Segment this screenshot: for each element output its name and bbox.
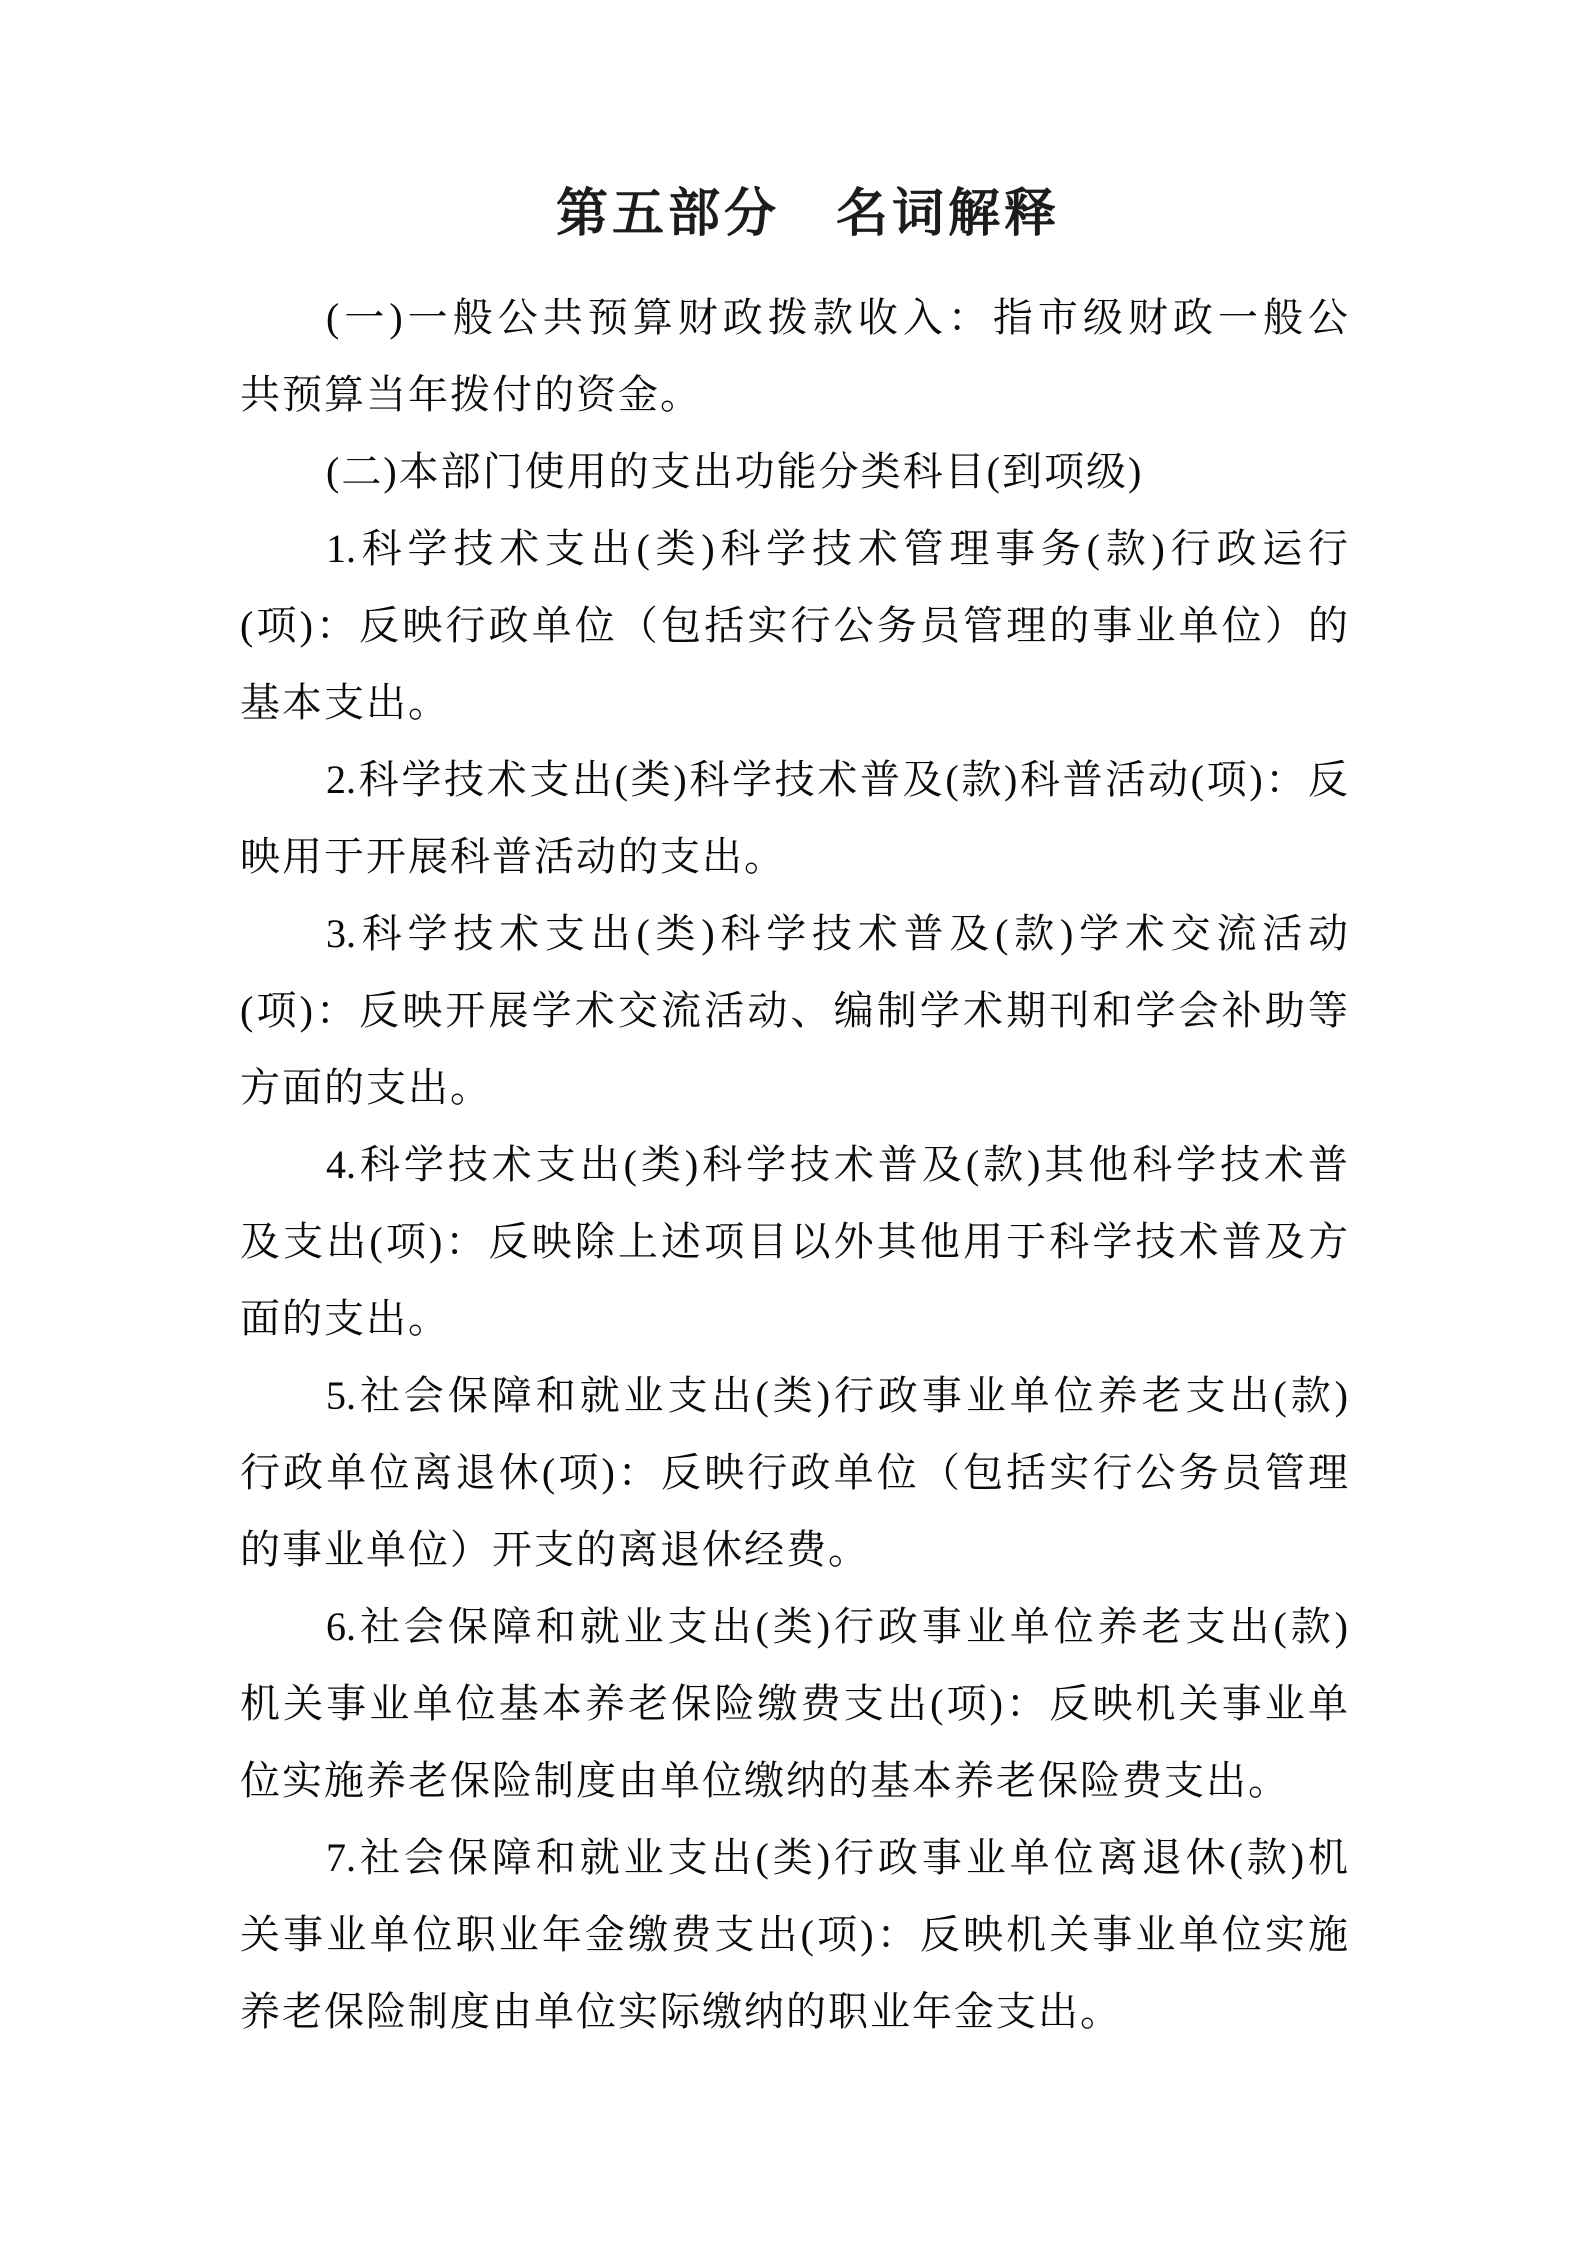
text-line: 面的支出。 [240, 1280, 1348, 1357]
text-line: 5.社会保障和就业支出(类)行政事业单位养老支出(款) [240, 1357, 1348, 1434]
text-line: 行政单位离退休(项)：反映行政单位（包括实行公务员管理 [240, 1434, 1348, 1511]
text-line: (一)一般公共预算财政拨款收入：指市级财政一般公 [240, 279, 1348, 356]
text-line: 映用于开展科普活动的支出。 [240, 818, 1348, 895]
document-body: (一)一般公共预算财政拨款收入：指市级财政一般公共预算当年拨付的资金。(二)本部… [240, 279, 1348, 2050]
text-line: 养老保险制度由单位实际缴纳的职业年金支出。 [240, 1973, 1348, 2050]
paragraph: (二)本部门使用的支出功能分类科目(到项级) [240, 433, 1348, 510]
paragraph: 2.科学技术支出(类)科学技术普及(款)科普活动(项)：反映用于开展科普活动的支… [240, 741, 1348, 895]
paragraph: 7.社会保障和就业支出(类)行政事业单位离退休(款)机关事业单位职业年金缴费支出… [240, 1819, 1348, 2050]
text-line: 6.社会保障和就业支出(类)行政事业单位养老支出(款) [240, 1588, 1348, 1665]
text-line: 及支出(项)：反映除上述项目以外其他用于科学技术普及方 [240, 1203, 1348, 1280]
text-line: (项)：反映开展学术交流活动、编制学术期刊和学会补助等 [240, 972, 1348, 1049]
paragraph: 3.科学技术支出(类)科学技术普及(款)学术交流活动(项)：反映开展学术交流活动… [240, 895, 1348, 1126]
text-line: 共预算当年拨付的资金。 [240, 356, 1348, 433]
text-line: (项)：反映行政单位（包括实行公务员管理的事业单位）的 [240, 587, 1348, 664]
paragraph: 1.科学技术支出(类)科学技术管理事务(款)行政运行(项)：反映行政单位（包括实… [240, 510, 1348, 741]
text-line: 关事业单位职业年金缴费支出(项)：反映机关事业单位实施 [240, 1896, 1348, 1973]
paragraph: (一)一般公共预算财政拨款收入：指市级财政一般公共预算当年拨付的资金。 [240, 279, 1348, 433]
text-line: 的事业单位）开支的离退休经费。 [240, 1511, 1348, 1588]
document-page: 第五部分 名词解释 (一)一般公共预算财政拨款收入：指市级财政一般公共预算当年拨… [0, 0, 1588, 2246]
page-title: 第五部分 名词解释 [240, 183, 1348, 245]
text-line: (二)本部门使用的支出功能分类科目(到项级) [240, 433, 1348, 510]
text-line: 4.科学技术支出(类)科学技术普及(款)其他科学技术普 [240, 1126, 1348, 1203]
text-line: 1.科学技术支出(类)科学技术管理事务(款)行政运行 [240, 510, 1348, 587]
text-line: 3.科学技术支出(类)科学技术普及(款)学术交流活动 [240, 895, 1348, 972]
text-line: 方面的支出。 [240, 1049, 1348, 1126]
text-line: 机关事业单位基本养老保险缴费支出(项)：反映机关事业单 [240, 1665, 1348, 1742]
paragraph: 5.社会保障和就业支出(类)行政事业单位养老支出(款)行政单位离退休(项)：反映… [240, 1357, 1348, 1588]
document-content: 第五部分 名词解释 (一)一般公共预算财政拨款收入：指市级财政一般公共预算当年拨… [240, 183, 1348, 2050]
text-line: 7.社会保障和就业支出(类)行政事业单位离退休(款)机 [240, 1819, 1348, 1896]
text-line: 基本支出。 [240, 664, 1348, 741]
paragraph: 4.科学技术支出(类)科学技术普及(款)其他科学技术普及支出(项)：反映除上述项… [240, 1126, 1348, 1357]
paragraph: 6.社会保障和就业支出(类)行政事业单位养老支出(款)机关事业单位基本养老保险缴… [240, 1588, 1348, 1819]
text-line: 位实施养老保险制度由单位缴纳的基本养老保险费支出。 [240, 1742, 1348, 1819]
text-line: 2.科学技术支出(类)科学技术普及(款)科普活动(项)：反 [240, 741, 1348, 818]
